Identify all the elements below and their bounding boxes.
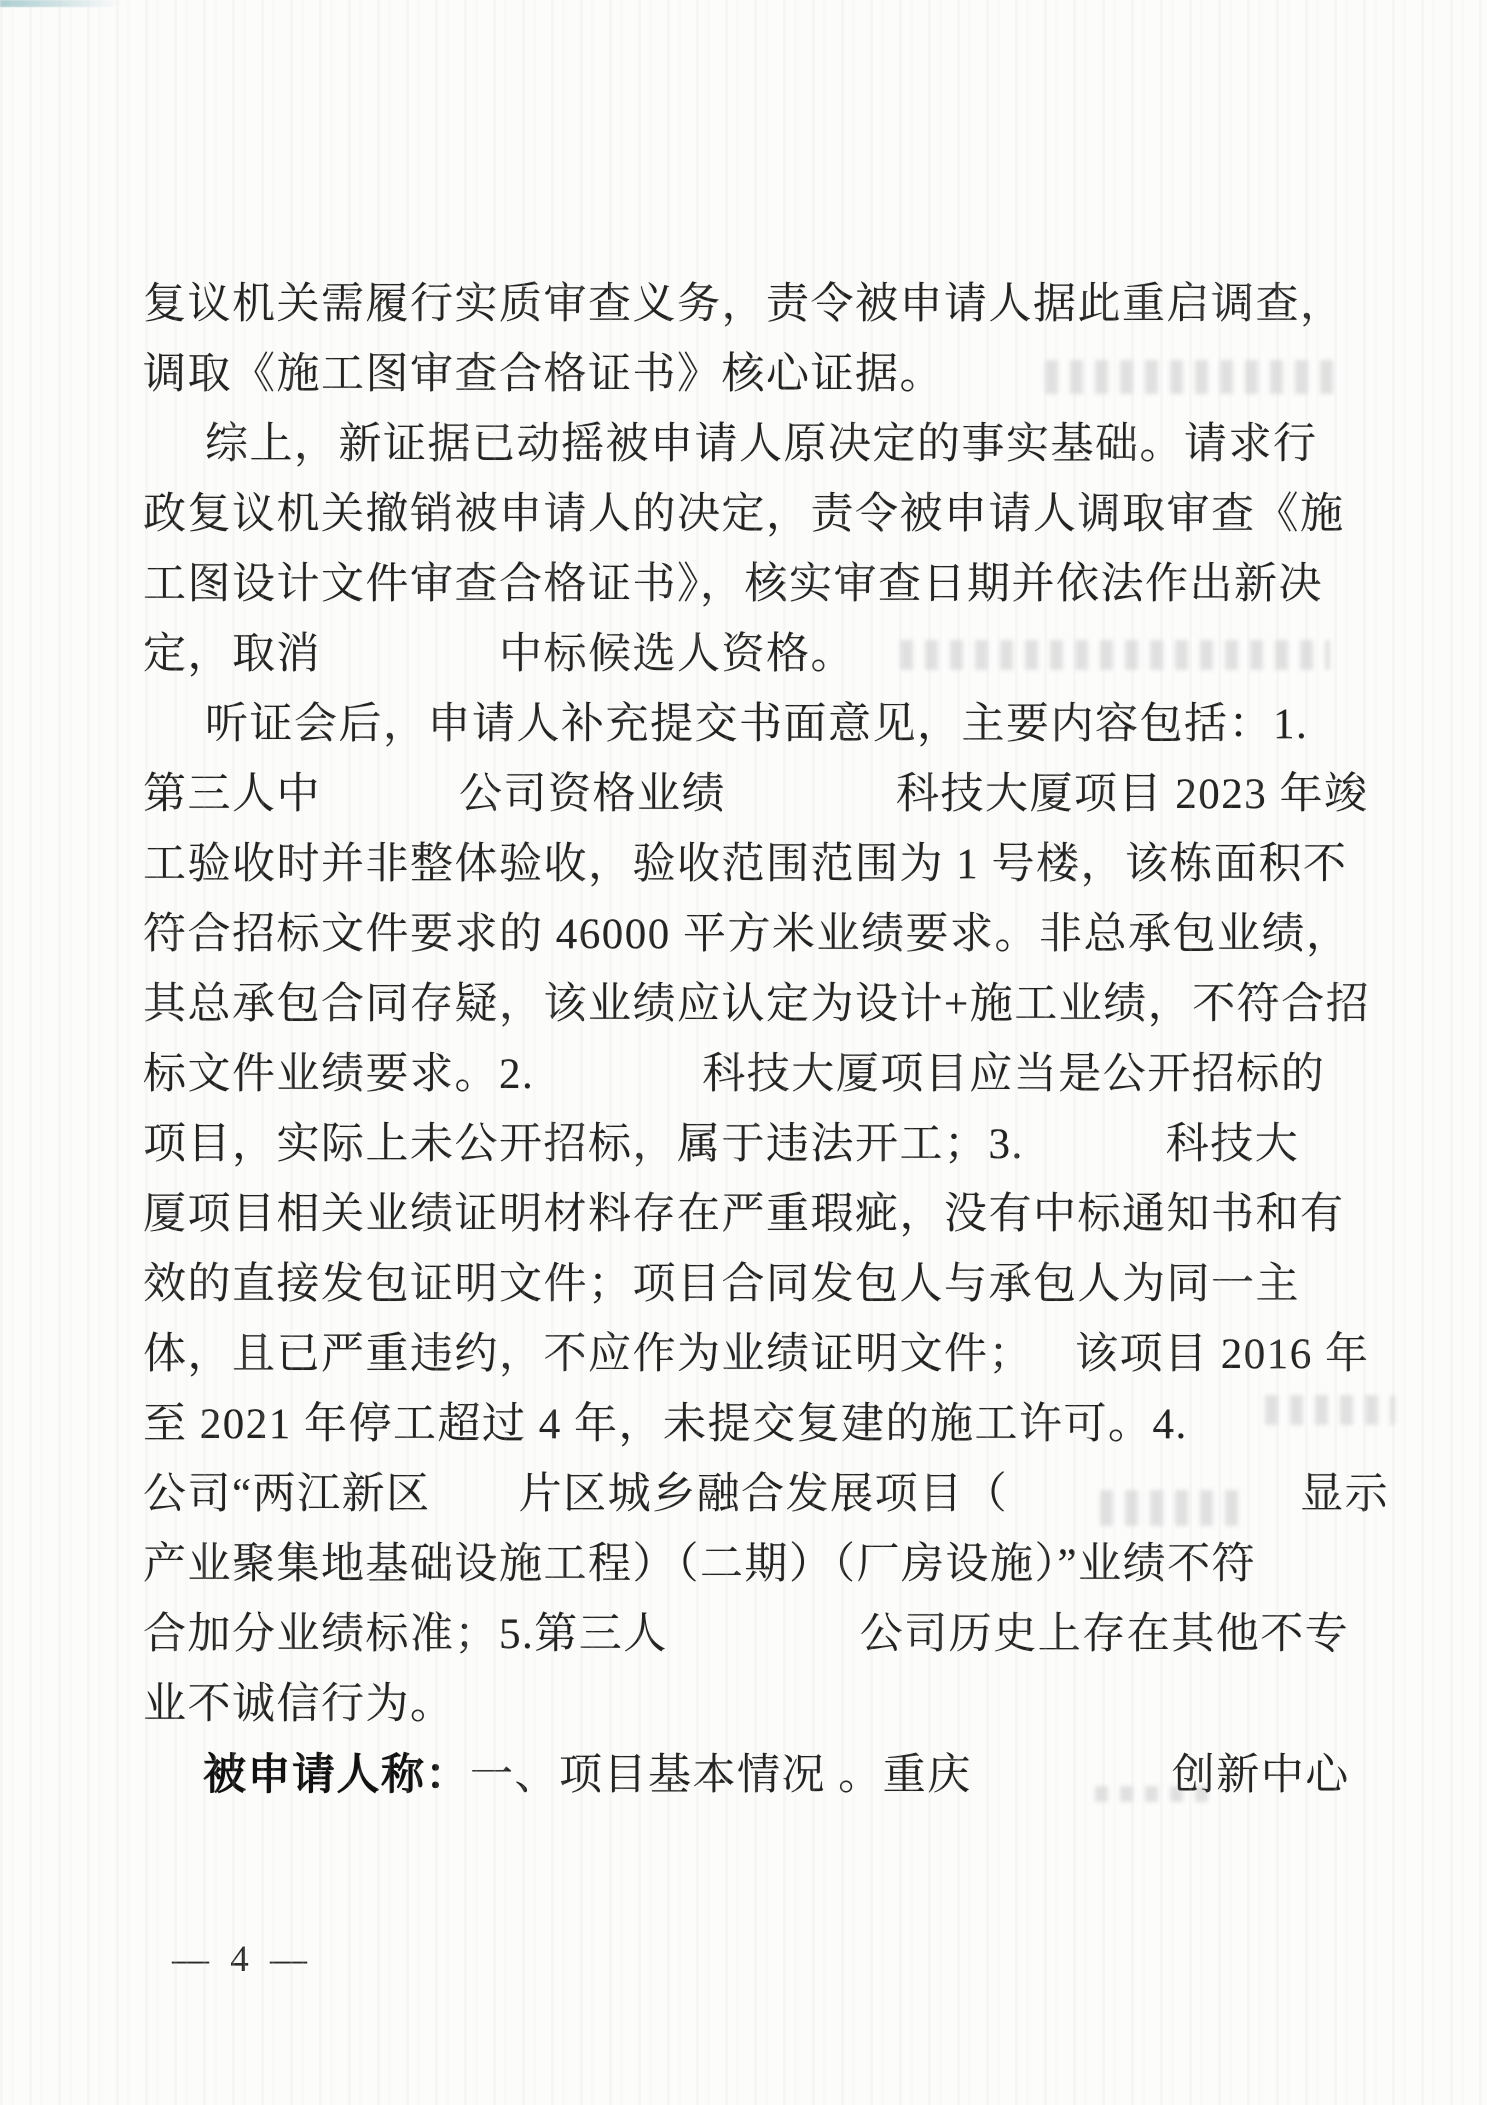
bleed-through-artifact: [1100, 1490, 1240, 1526]
document-line: 厦项目相关业绩证明材料存在严重瑕疵，没有中标通知书和有: [143, 1180, 1358, 1250]
text-run: 厦项目相关业绩证明材料存在严重瑕疵，没有中标通知书和有: [143, 1191, 1345, 1238]
document-line: 其总承包合同存疑，该业绩应认定为设计+施工业绩，不符合招: [143, 970, 1358, 1040]
text-run: 复议机关需履行实质审查义务，责令被申请人据此重启调查，: [143, 281, 1345, 328]
text-run: 中标候选人资格。: [499, 631, 855, 678]
text-run: 符合招标文件要求的 46000 平方米业绩要求。非总承包业绩，: [143, 911, 1351, 958]
bleed-through-artifact: [1265, 1395, 1395, 1425]
text-run: 业不诚信行为。: [143, 1681, 455, 1728]
page-number: — 4 —: [172, 1938, 313, 1981]
text-run: 一、项目基本情况 。重庆: [470, 1752, 972, 1799]
redaction-gap: [1024, 1148, 1166, 1158]
document-line: 产业聚集地基础设施工程）（二期）（厂房设施）”业绩不符: [143, 1530, 1358, 1600]
text-run: 听证会后，申请人补充提交书面意见，主要内容包括：1.: [205, 701, 1308, 748]
document-line: 复议机关需履行实质审查义务，责令被申请人据此重启调查，: [143, 270, 1358, 340]
text-run: 工图设计文件审查合格证书》，核实审查日期并依法作出新决: [143, 561, 1323, 608]
document-line: 符合招标文件要求的 46000 平方米业绩要求。非总承包业绩，: [143, 900, 1358, 970]
text-run: 被申请人称：: [203, 1751, 470, 1799]
text-run: 其总承包合同存疑，该业绩应认定为设计+施工业绩，不符合招: [143, 981, 1370, 1028]
text-run: 片区城乡融合发展项目（: [519, 1471, 1009, 1518]
text-run: 显示: [1300, 1471, 1389, 1518]
scanned-document-page: 复议机关需履行实质审查义务，责令被申请人据此重启调查，调取《施工图审查合格证书》…: [0, 0, 1487, 2105]
text-block: 复议机关需履行实质审查义务，责令被申请人据此重启调查，调取《施工图审查合格证书》…: [143, 270, 1358, 1810]
text-run: 科技大厦项目应当是公开招标的: [702, 1051, 1325, 1098]
text-run: 公司“两江新区: [143, 1471, 431, 1518]
scan-edge-smudge: [0, 0, 122, 7]
text-run: 调取《施工图审查合格证书》核心证据。: [143, 351, 944, 398]
text-run: 科技大: [1166, 1121, 1300, 1168]
redaction-gap: [143, 1779, 203, 1789]
redaction-gap: [1033, 1358, 1075, 1368]
redaction-gap: [321, 798, 459, 808]
document-line: 业不诚信行为。: [143, 1670, 1358, 1740]
document-line: 听证会后，申请人补充提交书面意见，主要内容包括：1.: [143, 690, 1358, 760]
document-line: 至 2021 年停工超过 4 年，未提交复建的施工许可。4.: [143, 1390, 1358, 1460]
text-run: 第三人中: [143, 771, 321, 818]
text-run: 该项目 2016 年: [1075, 1331, 1370, 1378]
document-line: 合加分业绩标准；5.第三人公司历史上存在其他不专: [143, 1600, 1358, 1670]
bleed-through-artifact: [1045, 360, 1345, 394]
document-line: 第三人中公司资格业绩科技大厦项目 2023 年竣: [143, 760, 1358, 830]
redaction-gap: [321, 658, 499, 668]
document-line: 政复议机关撤销被申请人的决定，责令被申请人调取审查《施: [143, 480, 1358, 550]
text-run: 定，取消: [143, 631, 321, 678]
document-line: 效的直接发包证明文件；项目合同发包人与承包人为同一主: [143, 1250, 1358, 1320]
redaction-gap: [143, 448, 205, 458]
text-run: 体，且已严重违约，不应作为业绩证明文件；: [143, 1331, 1033, 1378]
text-run: 效的直接发包证明文件；项目合同发包人与承包人为同一主: [143, 1261, 1300, 1308]
bleed-through-artifact: [900, 640, 1330, 670]
bleed-through-artifact: [1095, 1786, 1210, 1802]
redaction-gap: [143, 728, 205, 738]
document-line: 综上，新证据已动摇被申请人原决定的事实基础。请求行: [143, 410, 1358, 480]
text-run: 工验收时并非整体验收，验收范围范围为 1 号楼，该栋面积不: [143, 841, 1348, 888]
document-line: 标文件业绩要求。2.科技大厦项目应当是公开招标的: [143, 1040, 1358, 1110]
redaction-gap: [726, 798, 896, 808]
text-run: 产业聚集地基础设施工程）（二期）（厂房设施）”业绩不符: [143, 1541, 1256, 1588]
text-run: 综上，新证据已动摇被申请人原决定的事实基础。请求行: [205, 421, 1318, 468]
text-run: 标文件业绩要求。2.: [143, 1051, 534, 1098]
document-line: 项目，实际上未公开招标，属于违法开工；3.科技大: [143, 1110, 1358, 1180]
document-line: 工图设计文件审查合格证书》，核实审查日期并依法作出新决: [143, 550, 1358, 620]
text-run: 公司资格业绩: [459, 771, 726, 818]
redaction-gap: [431, 1498, 519, 1508]
text-run: 科技大厦项目 2023 年竣: [896, 771, 1369, 818]
redaction-gap: [534, 1078, 702, 1088]
text-run: 项目，实际上未公开招标，属于违法开工；3.: [143, 1121, 1024, 1168]
redaction-gap: [668, 1638, 860, 1648]
document-line: 体，且已严重违约，不应作为业绩证明文件；该项目 2016 年: [143, 1320, 1358, 1390]
text-run: 至 2021 年停工超过 4 年，未提交复建的施工许可。4.: [143, 1401, 1188, 1448]
document-line: 工验收时并非整体验收，验收范围范围为 1 号楼，该栋面积不: [143, 830, 1358, 900]
text-run: 公司历史上存在其他不专: [860, 1611, 1350, 1658]
text-run: 合加分业绩标准；5.第三人: [143, 1611, 668, 1658]
text-run: 政复议机关撤销被申请人的决定，责令被申请人调取审查《施: [143, 491, 1345, 538]
